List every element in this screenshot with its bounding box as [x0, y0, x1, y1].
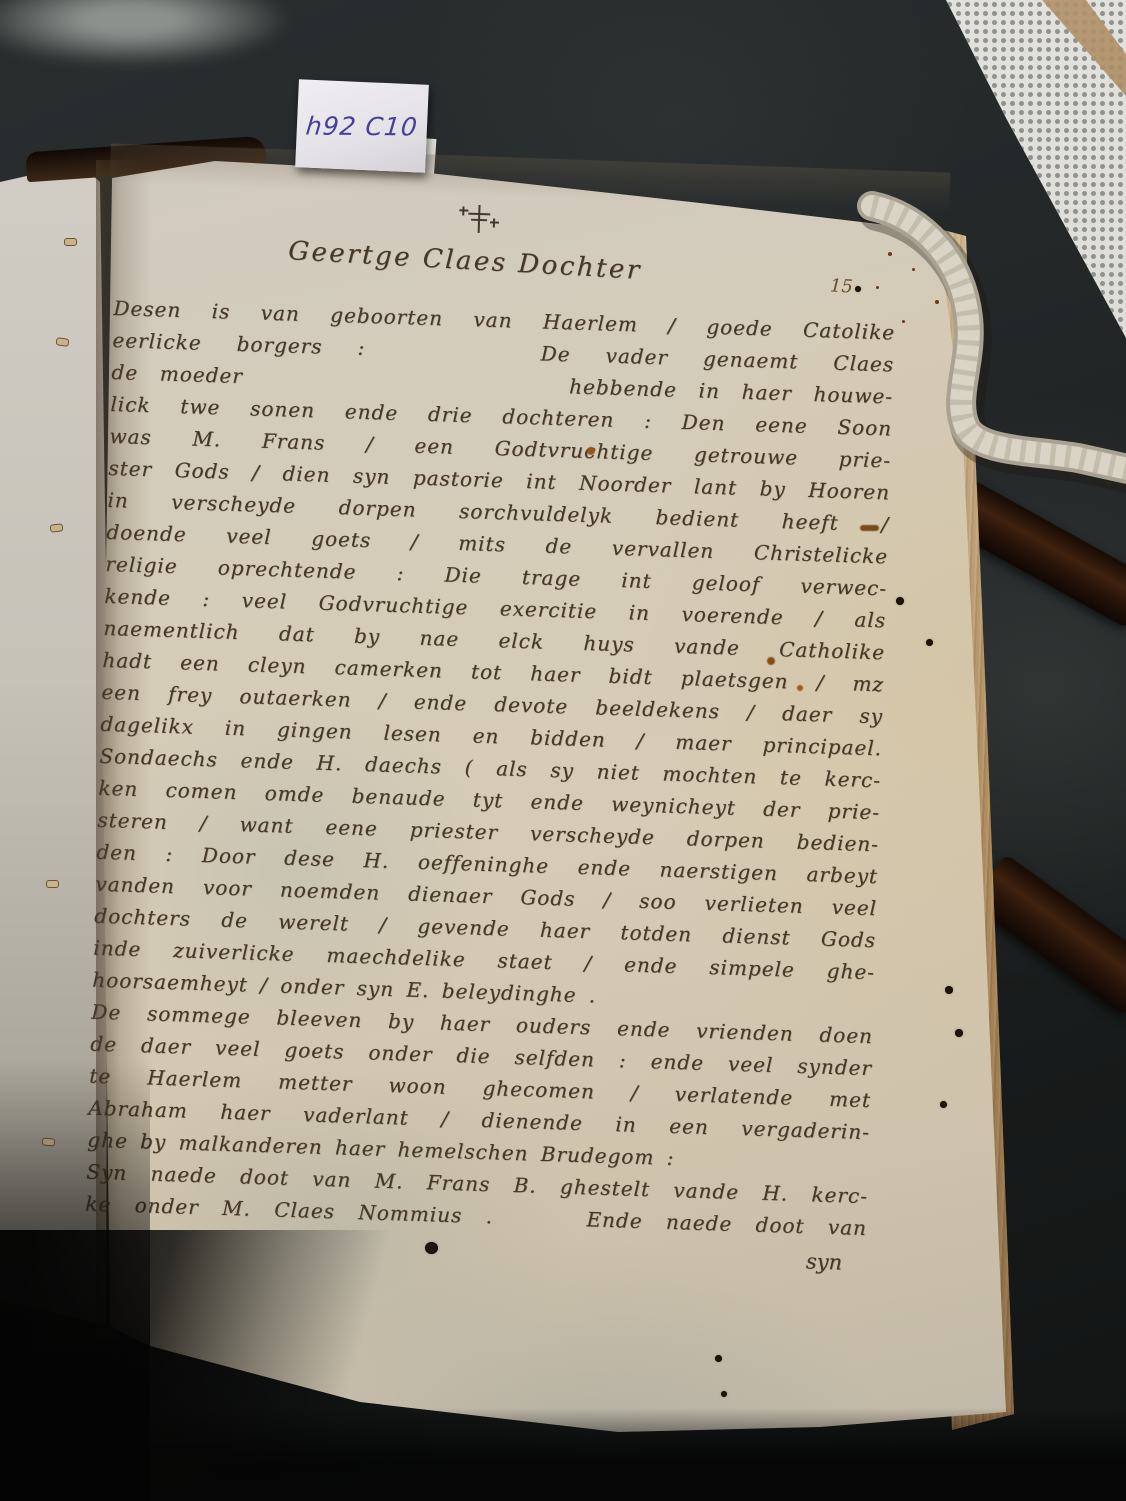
background-highlight [0, 0, 290, 66]
photo-scene: Geertge Claes Dochter 15 Desen is van ge… [0, 0, 1126, 1501]
wormhole [721, 1391, 727, 1397]
cross-ornament [461, 203, 498, 240]
archive-note-label: h92 C10 [305, 111, 420, 141]
sewing-knot [46, 880, 59, 888]
speckle [912, 268, 915, 271]
speckle [902, 320, 905, 323]
sewing-knot [50, 523, 64, 532]
manuscript-text: Desen is van geboorten van Haerlem / goe… [85, 292, 896, 1244]
ink-stain [860, 525, 879, 531]
sewing-knot [64, 238, 77, 246]
wormhole [855, 286, 861, 292]
catchword: syn [806, 1249, 843, 1274]
speckle [876, 286, 879, 289]
wormhole [926, 639, 933, 646]
wormhole [945, 986, 953, 994]
wormhole [955, 1029, 963, 1037]
archive-note: h92 C10 [295, 79, 429, 173]
ink-stain [797, 685, 803, 691]
wormhole [896, 597, 904, 605]
speckle [888, 252, 892, 256]
page-number: 15 [829, 275, 853, 297]
wormhole [940, 1101, 947, 1108]
ink-stain [767, 657, 775, 665]
ink-stain [587, 447, 595, 455]
speckle [935, 300, 939, 304]
wormhole [715, 1355, 722, 1362]
sewing-knot [56, 337, 70, 347]
sewing-knot [42, 1137, 56, 1146]
wormhole [425, 1242, 438, 1254]
